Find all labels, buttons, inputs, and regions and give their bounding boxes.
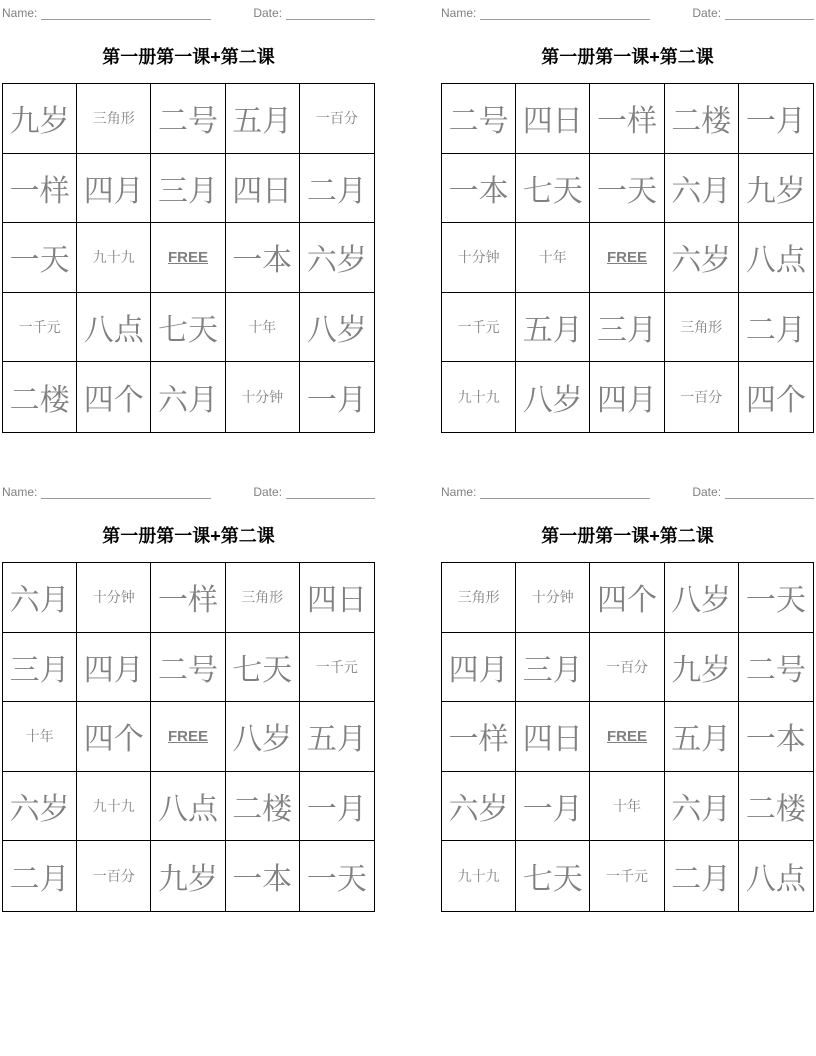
bingo-cell-label: 四月 (597, 375, 657, 419)
bingo-cell: 一百分 (665, 362, 739, 432)
bingo-cell-label: 一百分 (93, 866, 135, 886)
bingo-cell-label: 九岁 (746, 166, 806, 210)
bingo-cell-label: 十分钟 (458, 247, 500, 267)
bingo-cell: 八点 (77, 293, 151, 363)
bingo-cell: 八岁 (516, 362, 590, 432)
bingo-cell: 五月 (300, 702, 374, 772)
bingo-cell: 十分钟 (226, 362, 300, 432)
bingo-cell-label: 八岁 (232, 714, 292, 758)
bingo-grid: 九岁三角形二号五月一百分一样四月三月四日二月一天九十九FREE一本六岁一千元八点… (2, 83, 375, 433)
bingo-cell: 一月 (516, 772, 590, 842)
name-blank-line (480, 6, 650, 20)
bingo-cell-label: 五月 (307, 714, 367, 758)
bingo-cell: 四日 (226, 154, 300, 224)
bingo-cell: 八点 (739, 223, 813, 293)
bingo-cell: 四月 (590, 362, 664, 432)
card-header: Name: Date: (441, 483, 814, 499)
bingo-cell-label: 八岁 (671, 575, 731, 619)
bingo-cell: 三月 (3, 633, 77, 703)
bingo-cell-label: 四月 (449, 645, 509, 689)
free-cell-label: FREE (168, 728, 208, 745)
bingo-cell: 一天 (3, 223, 77, 293)
free-cell: FREE (590, 223, 664, 293)
bingo-cell-label: 四个 (84, 375, 144, 419)
card-header: Name: Date: (2, 4, 375, 20)
bingo-cell-label: 十年 (613, 796, 641, 816)
bingo-cell: 三月 (590, 293, 664, 363)
bingo-grid: 二号四日一样二楼一月一本七天一天六月九岁十分钟十年FREE六岁八点一千元五月三月… (441, 83, 814, 433)
bingo-cell-label: 二楼 (10, 375, 70, 419)
bingo-cell-label: 一百分 (680, 387, 722, 407)
bingo-cell: 二楼 (226, 772, 300, 842)
card-header: Name: Date: (2, 483, 375, 499)
bingo-grid: 三角形十分钟四个八岁一天四月三月一百分九岁二号一样四日FREE五月一本六岁一月十… (441, 562, 814, 912)
bingo-cell-label: 八岁 (523, 375, 583, 419)
name-blank-line (480, 485, 650, 499)
bingo-cell-label: 二月 (671, 854, 731, 898)
bingo-card: Name: Date: 第一册第一课+第二课 九岁三角形二号五月一百分一样四月三… (2, 0, 375, 433)
bingo-cell: 七天 (151, 293, 225, 363)
date-blank-line (286, 6, 375, 20)
bingo-cell: 八点 (151, 772, 225, 842)
bingo-card: Name: Date: 第一册第一课+第二课 二号四日一样二楼一月一本七天一天六… (441, 0, 814, 433)
bingo-cell-label: 一本 (232, 235, 292, 279)
bingo-cell: 四日 (516, 702, 590, 772)
bingo-card: Name: Date: 第一册第一课+第二课 三角形十分钟四个八岁一天四月三月一… (441, 479, 814, 912)
bingo-cell: 三角形 (442, 563, 516, 633)
bingo-cell: 一样 (590, 84, 664, 154)
bingo-cell: 四月 (77, 633, 151, 703)
bingo-cell-label: 十年 (248, 317, 276, 337)
bingo-cell-label: 八点 (746, 854, 806, 898)
bingo-cell-label: 二号 (158, 645, 218, 689)
bingo-cell: 五月 (665, 702, 739, 772)
bingo-cell: 九岁 (665, 633, 739, 703)
bingo-cell-label: 一天 (746, 575, 806, 619)
bingo-cell: 四个 (739, 362, 813, 432)
bingo-cell: 四月 (442, 633, 516, 703)
bingo-cell: 一千元 (590, 841, 664, 911)
bingo-cell: 一百分 (300, 84, 374, 154)
bingo-cell: 十年 (516, 223, 590, 293)
bingo-cell-label: 十分钟 (241, 387, 283, 407)
bingo-cell-label: 一千元 (458, 317, 500, 337)
bingo-cell: 六岁 (665, 223, 739, 293)
bingo-cell-label: 一天 (10, 235, 70, 279)
bingo-cell-label: 一千元 (606, 866, 648, 886)
name-blank-line (41, 485, 211, 499)
bingo-cell-label: 十分钟 (532, 587, 574, 607)
date-label: Date: (253, 485, 282, 499)
bingo-cell: 二楼 (665, 84, 739, 154)
bingo-cell-label: 六月 (671, 784, 731, 828)
bingo-cell-label: 三月 (158, 166, 218, 210)
bingo-cell: 三角形 (226, 563, 300, 633)
bingo-cell: 九十九 (77, 223, 151, 293)
bingo-cell-label: 四月 (84, 166, 144, 210)
bingo-cell-label: 二月 (746, 305, 806, 349)
card-title: 第一册第一课+第二课 (2, 525, 375, 547)
bingo-cell-label: 一样 (597, 96, 657, 140)
free-cell: FREE (151, 223, 225, 293)
bingo-cell-label: 一样 (158, 575, 218, 619)
bingo-cell: 四个 (77, 702, 151, 772)
bingo-cell-label: 七天 (232, 645, 292, 689)
bingo-cell-label: 一百分 (606, 657, 648, 677)
bingo-cell-label: 四个 (597, 575, 657, 619)
bingo-cell: 九十九 (77, 772, 151, 842)
bingo-cell-label: 四个 (746, 375, 806, 419)
bingo-cell-label: 一千元 (19, 317, 61, 337)
bingo-cell-label: 二楼 (746, 784, 806, 828)
bingo-cell: 十分钟 (442, 223, 516, 293)
bingo-cell-label: 二号 (158, 96, 218, 140)
bingo-cell: 八岁 (226, 702, 300, 772)
bingo-cell-label: 一百分 (316, 108, 358, 128)
bingo-cell: 二号 (151, 633, 225, 703)
bingo-cell-label: 五月 (523, 305, 583, 349)
bingo-cell-label: 三角形 (93, 108, 135, 128)
bingo-cell-label: 四月 (84, 645, 144, 689)
date-label: Date: (692, 485, 721, 499)
bingo-cell: 六月 (3, 563, 77, 633)
bingo-cell-label: 四个 (84, 714, 144, 758)
bingo-cell: 二号 (151, 84, 225, 154)
date-blank-line (286, 485, 375, 499)
bingo-cell-label: 一月 (307, 375, 367, 419)
bingo-cell: 一本 (226, 223, 300, 293)
bingo-cell: 三月 (151, 154, 225, 224)
bingo-cell: 六月 (151, 362, 225, 432)
bingo-cell: 一天 (590, 154, 664, 224)
bingo-cell: 一千元 (300, 633, 374, 703)
bingo-cell-label: 六月 (10, 575, 70, 619)
bingo-cell-label: 六岁 (307, 235, 367, 279)
bingo-cell-label: 一千元 (316, 657, 358, 677)
bingo-cell: 六岁 (300, 223, 374, 293)
bingo-cell: 九十九 (442, 362, 516, 432)
bingo-cell: 九岁 (739, 154, 813, 224)
bingo-cell-label: 十年 (26, 726, 54, 746)
bingo-cell-label: 一月 (746, 96, 806, 140)
bingo-grid: 六月十分钟一样三角形四日三月四月二号七天一千元十年四个FREE八岁五月六岁九十九… (2, 562, 375, 912)
bingo-cell: 三月 (516, 633, 590, 703)
bingo-cell: 四月 (77, 154, 151, 224)
bingo-cell-label: 一本 (746, 714, 806, 758)
bingo-cell: 一百分 (590, 633, 664, 703)
bingo-cell: 四日 (300, 563, 374, 633)
bingo-cell-label: 七天 (158, 305, 218, 349)
bingo-cell: 四个 (590, 563, 664, 633)
bingo-cell: 六岁 (442, 772, 516, 842)
bingo-cell-label: 四日 (232, 166, 292, 210)
bingo-cell-label: 三角形 (680, 317, 722, 337)
bingo-cell-label: 六岁 (10, 784, 70, 828)
bingo-cell-label: 四日 (523, 714, 583, 758)
bingo-cell-label: 八点 (158, 784, 218, 828)
bingo-cell-label: 五月 (671, 714, 731, 758)
bingo-cell: 一月 (739, 84, 813, 154)
bingo-cell-label: 九十九 (93, 247, 135, 267)
free-cell-label: FREE (168, 249, 208, 266)
bingo-cell: 一样 (151, 563, 225, 633)
date-label: Date: (253, 6, 282, 20)
bingo-cell-label: 九十九 (458, 387, 500, 407)
bingo-cell-label: 九十九 (93, 796, 135, 816)
bingo-cell: 四日 (516, 84, 590, 154)
bingo-cell: 二月 (665, 841, 739, 911)
bingo-cell-label: 三月 (597, 305, 657, 349)
bingo-cell: 二楼 (3, 362, 77, 432)
bingo-cell-label: 三角形 (458, 587, 500, 607)
card-title: 第一册第一课+第二课 (441, 525, 814, 547)
bingo-cell: 一百分 (77, 841, 151, 911)
bingo-cell-label: 八岁 (307, 305, 367, 349)
bingo-cell-label: 三月 (10, 645, 70, 689)
card-header: Name: Date: (441, 4, 814, 20)
bingo-cell-label: 一月 (307, 784, 367, 828)
bingo-cell: 一天 (300, 841, 374, 911)
bingo-cell: 一本 (739, 702, 813, 772)
bingo-cell: 六月 (665, 772, 739, 842)
bingo-cell-label: 一样 (449, 714, 509, 758)
bingo-cell: 十年 (3, 702, 77, 772)
bingo-cell: 二楼 (739, 772, 813, 842)
bingo-cell-label: 一月 (523, 784, 583, 828)
bingo-cell-label: 三月 (523, 645, 583, 689)
bingo-cell: 二月 (739, 293, 813, 363)
bingo-cell-label: 六月 (158, 375, 218, 419)
bingo-cell: 一月 (300, 362, 374, 432)
bingo-cell: 二号 (739, 633, 813, 703)
name-label: Name: (441, 485, 476, 499)
name-label: Name: (2, 485, 37, 499)
bingo-cell: 一天 (739, 563, 813, 633)
bingo-cell: 八岁 (300, 293, 374, 363)
bingo-cell: 一样 (3, 154, 77, 224)
bingo-card: Name: Date: 第一册第一课+第二课 六月十分钟一样三角形四日三月四月二… (2, 479, 375, 912)
bingo-cell: 十年 (226, 293, 300, 363)
bingo-cell: 九岁 (151, 841, 225, 911)
bingo-cell-label: 一本 (449, 166, 509, 210)
bingo-cell-label: 六月 (671, 166, 731, 210)
name-label: Name: (2, 6, 37, 20)
bingo-cell-label: 十年 (539, 247, 567, 267)
bingo-cell-label: 二号 (449, 96, 509, 140)
name-label: Name: (441, 6, 476, 20)
bingo-cell: 六岁 (3, 772, 77, 842)
bingo-cell-label: 八点 (746, 235, 806, 279)
bingo-cell: 五月 (516, 293, 590, 363)
bingo-cell-label: 六岁 (449, 784, 509, 828)
bingo-cell: 九十九 (442, 841, 516, 911)
bingo-cell: 三角形 (77, 84, 151, 154)
bingo-cell: 三角形 (665, 293, 739, 363)
date-blank-line (725, 485, 814, 499)
date-blank-line (725, 6, 814, 20)
bingo-cell-label: 四日 (523, 96, 583, 140)
card-title: 第一册第一课+第二课 (2, 46, 375, 68)
bingo-cell-label: 三角形 (241, 587, 283, 607)
free-cell-label: FREE (607, 249, 647, 266)
bingo-cell-label: 八点 (84, 305, 144, 349)
bingo-cell: 八岁 (665, 563, 739, 633)
bingo-cell-label: 七天 (523, 166, 583, 210)
bingo-cell-label: 二月 (307, 166, 367, 210)
bingo-cell-label: 四日 (307, 575, 367, 619)
free-cell-label: FREE (607, 728, 647, 745)
bingo-cell-label: 二楼 (671, 96, 731, 140)
name-blank-line (41, 6, 211, 20)
bingo-cell: 四个 (77, 362, 151, 432)
bingo-cell-label: 九岁 (671, 645, 731, 689)
bingo-cell-label: 二号 (746, 645, 806, 689)
bingo-cell: 六月 (665, 154, 739, 224)
bingo-cell-label: 五月 (232, 96, 292, 140)
bingo-cell: 二号 (442, 84, 516, 154)
bingo-cell: 五月 (226, 84, 300, 154)
bingo-cell: 七天 (516, 841, 590, 911)
bingo-cell: 一千元 (3, 293, 77, 363)
bingo-cell: 九岁 (3, 84, 77, 154)
bingo-cell: 七天 (516, 154, 590, 224)
bingo-cell: 七天 (226, 633, 300, 703)
bingo-cell: 十分钟 (77, 563, 151, 633)
bingo-cell-label: 一天 (597, 166, 657, 210)
free-cell: FREE (151, 702, 225, 772)
bingo-cell-label: 一本 (232, 854, 292, 898)
card-title: 第一册第一课+第二课 (441, 46, 814, 68)
bingo-cell: 一样 (442, 702, 516, 772)
bingo-cell: 一本 (442, 154, 516, 224)
bingo-cell-label: 十分钟 (93, 587, 135, 607)
bingo-cell: 十年 (590, 772, 664, 842)
bingo-cell-label: 一样 (10, 166, 70, 210)
bingo-cell: 一月 (300, 772, 374, 842)
bingo-cell-label: 九岁 (10, 96, 70, 140)
bingo-cell: 十分钟 (516, 563, 590, 633)
bingo-cell-label: 二月 (10, 854, 70, 898)
bingo-cell-label: 七天 (523, 854, 583, 898)
bingo-cell-label: 二楼 (232, 784, 292, 828)
bingo-cell-label: 九岁 (158, 854, 218, 898)
bingo-cell: 八点 (739, 841, 813, 911)
bingo-cell: 二月 (3, 841, 77, 911)
bingo-cell: 一千元 (442, 293, 516, 363)
bingo-cell-label: 六岁 (671, 235, 731, 279)
bingo-cell: 二月 (300, 154, 374, 224)
bingo-cell-label: 九十九 (458, 866, 500, 886)
bingo-cell: 一本 (226, 841, 300, 911)
free-cell: FREE (590, 702, 664, 772)
date-label: Date: (692, 6, 721, 20)
bingo-cell-label: 一天 (307, 854, 367, 898)
